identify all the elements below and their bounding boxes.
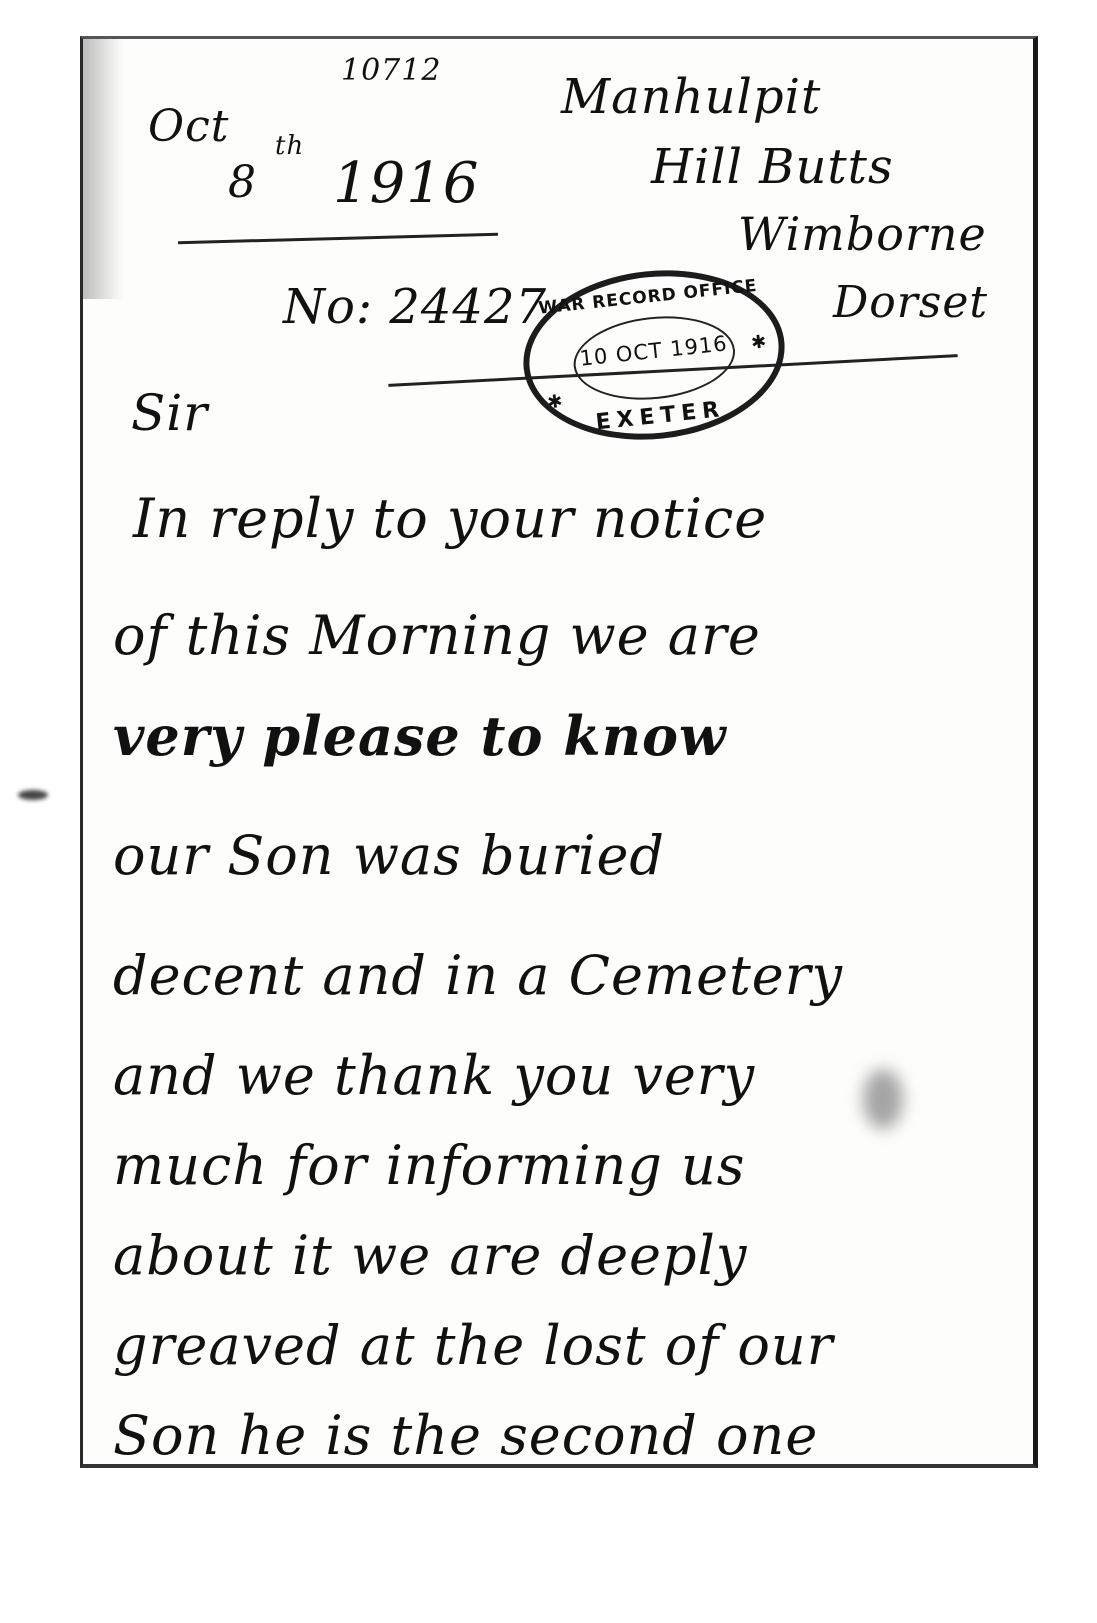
war-record-office-stamp: WAR RECORD OFFICE 10 OCT 1916 ✱ ✱ EXETER — [515, 258, 793, 452]
letter-page: 10712 Oct th 8 1916 Manhulpit Hill Butts… — [80, 36, 1038, 1468]
date-underline — [178, 233, 498, 244]
body-line: Son he is the second one — [113, 1404, 818, 1467]
body-line: In reply to your notice — [133, 487, 767, 550]
body-line: about it we are deeply — [113, 1224, 747, 1287]
body-line: of this Morning we are — [113, 604, 761, 667]
ink-smudge — [863, 1069, 903, 1129]
address-line-3: Wimborne — [738, 207, 987, 261]
address-line-4: Dorset — [833, 277, 988, 328]
address-line-2: Hill Butts — [651, 139, 894, 195]
address-line-1: Manhulpit — [561, 69, 821, 125]
service-number: No: 24427 — [283, 279, 547, 335]
date-day-suffix: th — [275, 131, 304, 161]
date-year: 1916 — [333, 151, 480, 216]
star-icon: ✱ — [750, 331, 767, 353]
body-line: and we thank you very — [113, 1044, 755, 1107]
body-line: much for informing us — [113, 1134, 745, 1197]
body-line: decent and in a Cemetery — [113, 944, 843, 1007]
edge-smudge — [18, 790, 48, 800]
star-icon: ✱ — [546, 391, 563, 413]
body-line: very please to know — [113, 704, 726, 768]
stamp-top-text: WAR RECORD OFFICE — [523, 274, 774, 320]
salutation: Sir — [131, 384, 208, 442]
date-month: Oct — [148, 101, 229, 152]
body-line: greaved at the lost of our — [113, 1314, 834, 1377]
reference-number: 10712 — [341, 53, 441, 88]
body-line: our Son was buried — [113, 824, 665, 887]
date-day: 8 — [228, 157, 257, 208]
